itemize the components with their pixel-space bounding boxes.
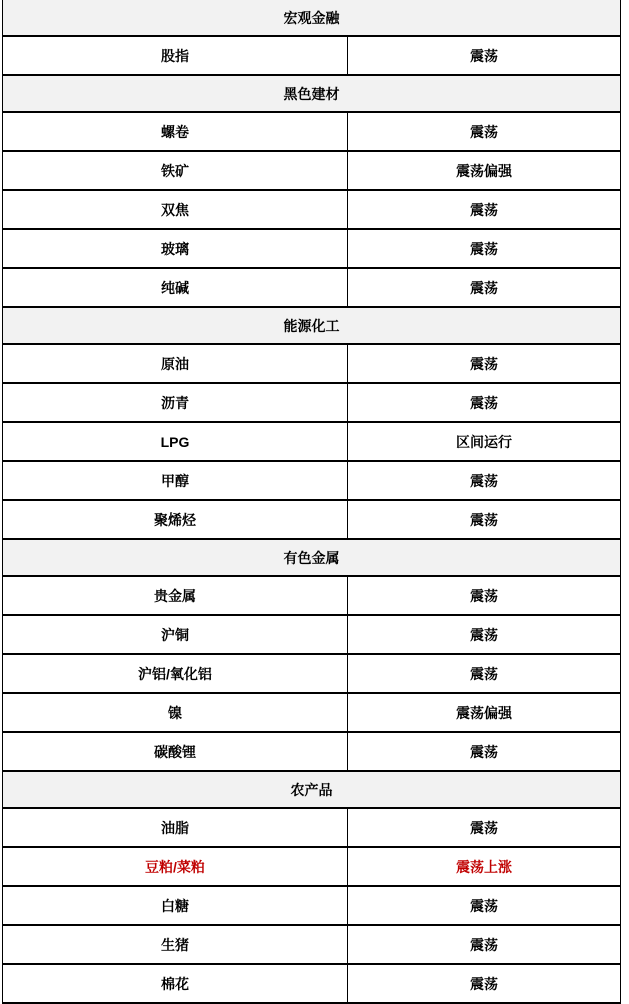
table-row: 沥青 震荡 bbox=[3, 383, 621, 422]
commodity-name: 豆粕/菜粕 bbox=[3, 847, 348, 886]
table-row: 纯碱 震荡 bbox=[3, 268, 621, 307]
commodity-name: 纯碱 bbox=[3, 268, 348, 307]
outlook-value: 震荡 bbox=[348, 964, 621, 1003]
table-row: 铁矿 震荡偏强 bbox=[3, 151, 621, 190]
commodity-name: 沪铝/氧化铝 bbox=[3, 654, 348, 693]
outlook-value: 震荡 bbox=[348, 229, 621, 268]
outlook-value: 震荡 bbox=[348, 886, 621, 925]
commodity-name: 沥青 bbox=[3, 383, 348, 422]
outlook-value: 震荡 bbox=[348, 190, 621, 229]
outlook-value: 震荡上涨 bbox=[348, 847, 621, 886]
outlook-value: 震荡 bbox=[348, 461, 621, 500]
commodity-name: 油脂 bbox=[3, 808, 348, 847]
commodity-name: 碳酸锂 bbox=[3, 732, 348, 771]
table-row: 聚烯烃 震荡 bbox=[3, 500, 621, 539]
outlook-value: 震荡 bbox=[348, 383, 621, 422]
commodity-name: 螺卷 bbox=[3, 112, 348, 151]
commodity-name: 玻璃 bbox=[3, 229, 348, 268]
outlook-value: 震荡 bbox=[348, 732, 621, 771]
table-row: 螺卷 震荡 bbox=[3, 112, 621, 151]
table-row: 生猪 震荡 bbox=[3, 925, 621, 964]
table-row: 镍 震荡偏强 bbox=[3, 693, 621, 732]
table-row: 股指 震荡 bbox=[3, 36, 621, 75]
outlook-value: 震荡 bbox=[348, 112, 621, 151]
table-row: 豆粕/菜粕 震荡上涨 bbox=[3, 847, 621, 886]
commodity-name: 白糖 bbox=[3, 886, 348, 925]
commodity-name: LPG bbox=[3, 422, 348, 461]
section-title: 有色金属 bbox=[3, 539, 621, 576]
outlook-value: 震荡 bbox=[348, 576, 621, 615]
section-title: 农产品 bbox=[3, 771, 621, 808]
outlook-value: 震荡 bbox=[348, 268, 621, 307]
commodity-name: 贵金属 bbox=[3, 576, 348, 615]
section-header-row: 农产品 bbox=[3, 771, 621, 808]
outlook-value: 震荡偏强 bbox=[348, 693, 621, 732]
section-title: 黑色建材 bbox=[3, 75, 621, 112]
table-row: 原油 震荡 bbox=[3, 344, 621, 383]
outlook-value: 震荡偏强 bbox=[348, 151, 621, 190]
table-row: 油脂 震荡 bbox=[3, 808, 621, 847]
commodity-name: 生猪 bbox=[3, 925, 348, 964]
table-row: 碳酸锂 震荡 bbox=[3, 732, 621, 771]
section-header-row: 能源化工 bbox=[3, 307, 621, 344]
commodity-name: 镍 bbox=[3, 693, 348, 732]
section-title: 能源化工 bbox=[3, 307, 621, 344]
outlook-value: 区间运行 bbox=[348, 422, 621, 461]
outlook-value: 震荡 bbox=[348, 654, 621, 693]
commodity-name: 股指 bbox=[3, 36, 348, 75]
outlook-value: 震荡 bbox=[348, 344, 621, 383]
section-header-row: 有色金属 bbox=[3, 539, 621, 576]
table-row: 双焦 震荡 bbox=[3, 190, 621, 229]
table-row: 甲醇 震荡 bbox=[3, 461, 621, 500]
section-header-row: 宏观金融 bbox=[3, 0, 621, 36]
outlook-value: 震荡 bbox=[348, 615, 621, 654]
commodity-name: 聚烯烃 bbox=[3, 500, 348, 539]
report-page: 宏观金融 股指 震荡 黑色建材 螺卷 震荡 铁矿 震荡偏强 双焦 震荡 玻璃 震… bbox=[0, 0, 629, 1004]
commodity-name: 原油 bbox=[3, 344, 348, 383]
commodity-name: 铁矿 bbox=[3, 151, 348, 190]
commodity-name: 沪铜 bbox=[3, 615, 348, 654]
commodity-name: 甲醇 bbox=[3, 461, 348, 500]
market-outlook-table: 宏观金融 股指 震荡 黑色建材 螺卷 震荡 铁矿 震荡偏强 双焦 震荡 玻璃 震… bbox=[2, 0, 621, 1004]
outlook-value: 震荡 bbox=[348, 500, 621, 539]
table-row: 沪铜 震荡 bbox=[3, 615, 621, 654]
table-row: 沪铝/氧化铝 震荡 bbox=[3, 654, 621, 693]
section-header-row: 黑色建材 bbox=[3, 75, 621, 112]
table-row: 贵金属 震荡 bbox=[3, 576, 621, 615]
table-row: 玻璃 震荡 bbox=[3, 229, 621, 268]
outlook-value: 震荡 bbox=[348, 808, 621, 847]
outlook-value: 震荡 bbox=[348, 36, 621, 75]
commodity-name: 双焦 bbox=[3, 190, 348, 229]
table-row: LPG 区间运行 bbox=[3, 422, 621, 461]
table-row: 白糖 震荡 bbox=[3, 886, 621, 925]
section-title: 宏观金融 bbox=[3, 0, 621, 36]
table-row: 棉花 震荡 bbox=[3, 964, 621, 1003]
commodity-name: 棉花 bbox=[3, 964, 348, 1003]
outlook-value: 震荡 bbox=[348, 925, 621, 964]
table-body: 宏观金融 股指 震荡 黑色建材 螺卷 震荡 铁矿 震荡偏强 双焦 震荡 玻璃 震… bbox=[3, 0, 621, 1003]
